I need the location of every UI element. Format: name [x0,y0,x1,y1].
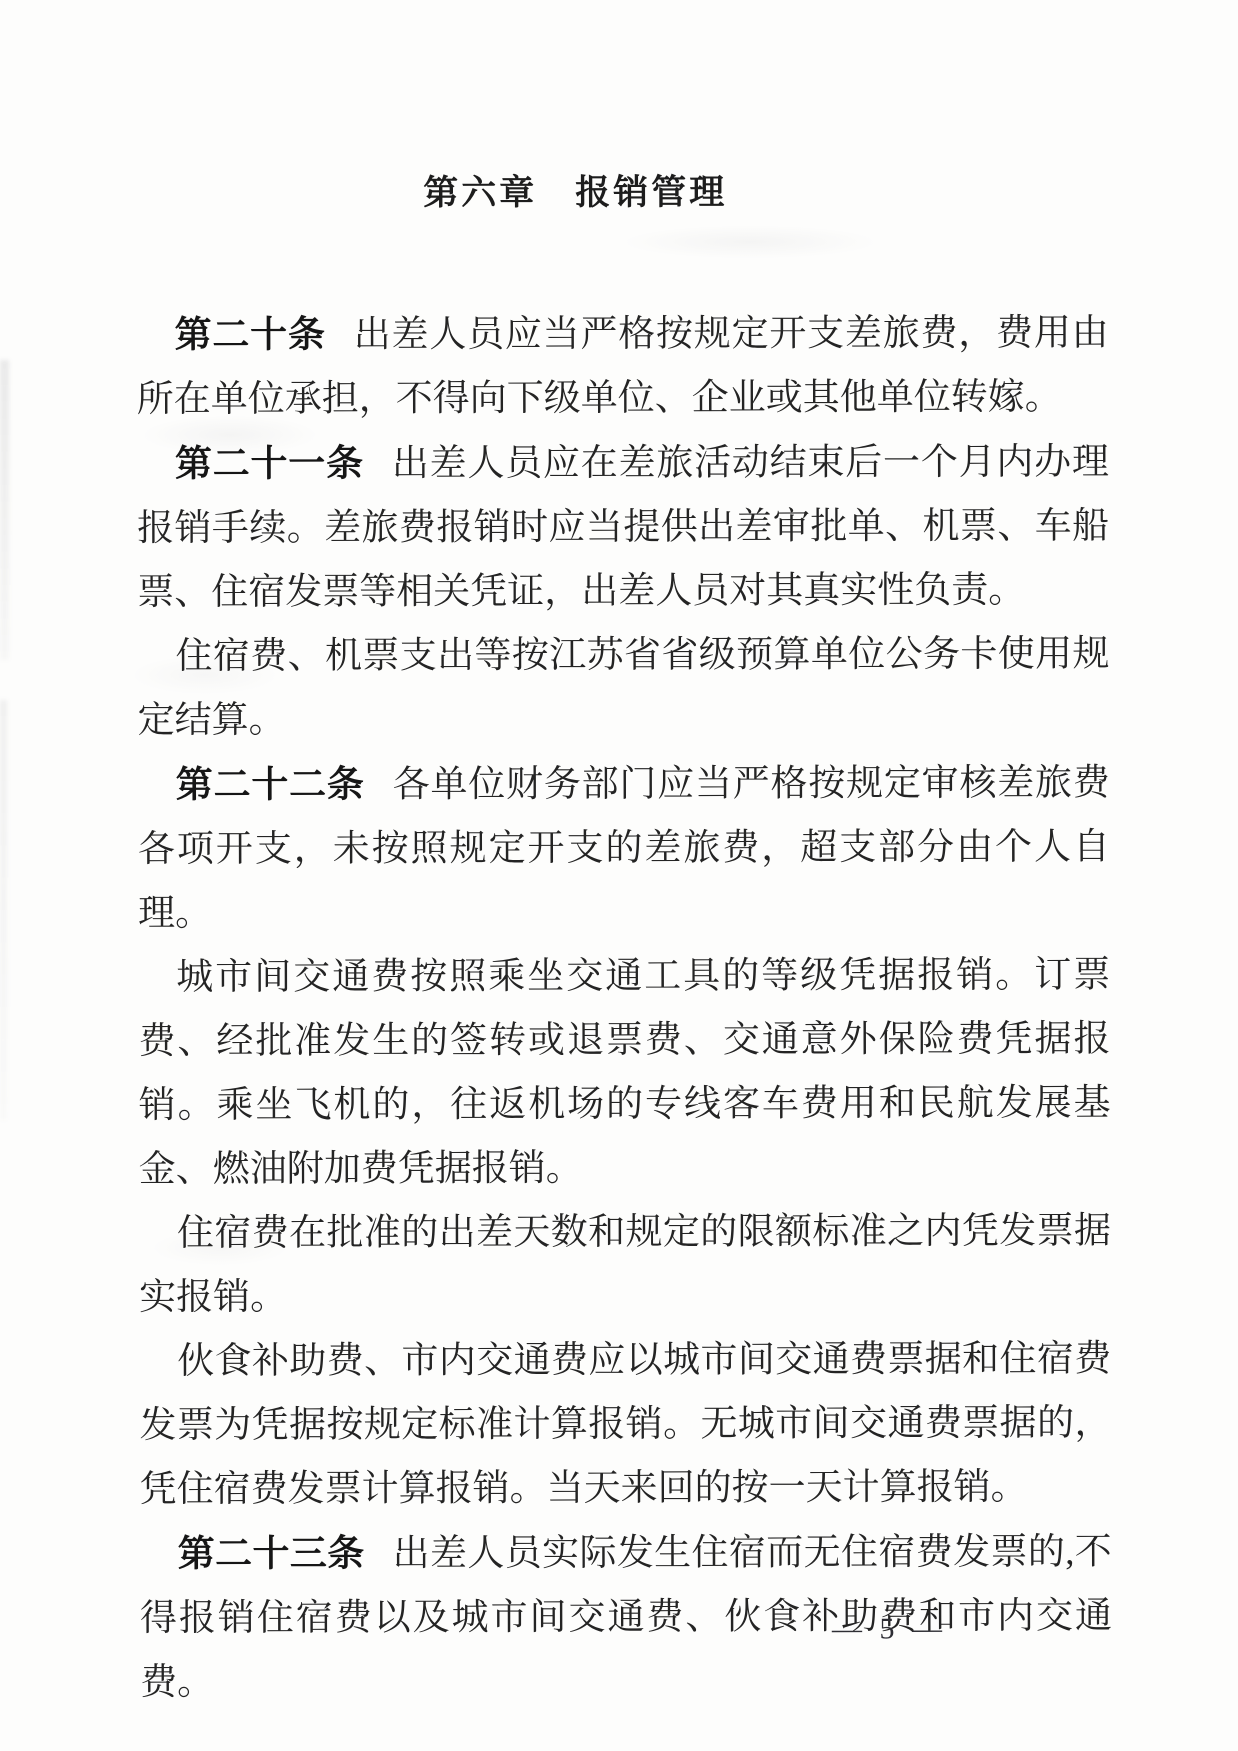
chapter-title: 第六章 报销管理 [0,164,1152,217]
paragraph: 第二十三条出差人员实际发生住宿而无住宿费发票的,不得报销住宿费以及城市间交通费、… [140,1520,1113,1716]
paragraph: 第二十一条出差人员应在差旅活动结束后一个月内办理报销手续。差旅费报销时应当提供出… [137,430,1110,626]
paragraph-text: 伙食补助费、市内交通费应以城市间交通费票据和住宿费发票为凭据按规定标准计算报销。… [139,1339,1111,1511]
scanned-content: 第六章 报销管理 第二十条出差人员应当严格按规定开支差旅费，费用由所在单位承担，… [0,0,1238,1751]
paragraph: 城市间交通费按照乘坐交通工具的等级凭据报销。订票费、经批准发生的签转或退票费、交… [138,944,1111,1203]
paragraph: 伙食补助费、市内交通费应以城市间交通费票据和住宿费发票为凭据按规定标准计算报销。… [139,1328,1111,1523]
paragraph: 第二十二条各单位财务部门应当严格按规定审核差旅费各项开支，未按照规定开支的差旅费… [138,751,1111,947]
paragraph: 住宿费在批准的出差天数和规定的限额标准之内凭发票据实报销。 [139,1200,1111,1331]
paragraph-text: 城市间交通费按照乘坐交通工具的等级凭据报销。订票费、经批准发生的签转或退票费、交… [138,955,1110,1191]
page-number: — 5 — [832,1612,947,1646]
article-number: 第二十条 [175,314,326,355]
document-page: 第六章 报销管理 第二十条出差人员应当严格按规定开支差旅费，费用由所在单位承担，… [0,0,1238,1751]
paragraph-text: 住宿费、机票支出等按江苏省省级预算单位公务卡使用规定结算。 [138,634,1110,742]
article-number: 第二十二条 [176,764,365,805]
article-number: 第二十一条 [175,443,364,484]
paragraph-text: 住宿费在批准的出差天数和规定的限额标准之内凭发票据实报销。 [139,1211,1111,1319]
paragraph: 第二十条出差人员应当严格按规定开支差旅费，费用由所在单位承担，不得向下级单位、企… [137,301,1109,433]
document-body: 第二十条出差人员应当严格按规定开支差旅费，费用由所在单位承担，不得向下级单位、企… [137,301,1113,1716]
paragraph: 住宿费、机票支出等按江苏省省级预算单位公务卡使用规定结算。 [137,623,1109,754]
article-number: 第二十三条 [178,1533,365,1574]
